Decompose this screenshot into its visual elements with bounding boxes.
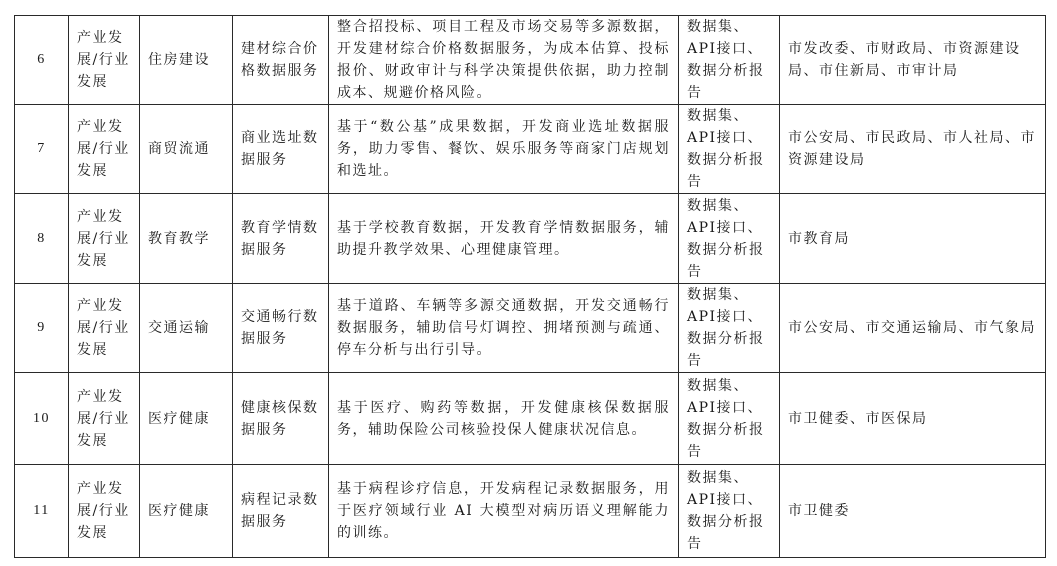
description-cell: 整合招投标、项目工程及市场交易等多源数据，开发建材综合价格数据服务，为成本估算、… <box>329 16 679 105</box>
category-cell: 产业发展/行业发展 <box>69 194 140 284</box>
product-name-cell: 商业选址数据服务 <box>233 105 329 194</box>
departments-cell: 市公安局、市交通运输局、市气象局 <box>780 284 1046 373</box>
category-cell: 产业发展/行业发展 <box>69 105 140 194</box>
departments-cell: 市教育局 <box>780 194 1046 284</box>
product-form-cell: 数据集、API接口、数据分析报告 <box>679 16 780 105</box>
table-row: 7 产业发展/行业发展 商贸流通 商业选址数据服务 基于“数公基”成果数据，开发… <box>15 105 1046 194</box>
departments-cell: 市发改委、市财政局、市资源建设局、市住新局、市审计局 <box>780 16 1046 105</box>
product-name-cell: 教育学情数据服务 <box>233 194 329 284</box>
departments-cell: 市公安局、市民政局、市人社局、市资源建设局 <box>780 105 1046 194</box>
category-cell: 产业发展/行业发展 <box>69 373 140 465</box>
field-cell: 医疗健康 <box>140 465 233 558</box>
row-number: 9 <box>15 284 69 373</box>
product-name-cell: 交通畅行数据服务 <box>233 284 329 373</box>
table-row: 9 产业发展/行业发展 交通运输 交通畅行数据服务 基于道路、车辆等多源交通数据… <box>15 284 1046 373</box>
description-cell: 基于病程诊疗信息，开发病程记录数据服务，用于医疗领域行业 AI 大模型对病历语义… <box>329 465 679 558</box>
row-number: 7 <box>15 105 69 194</box>
row-number: 8 <box>15 194 69 284</box>
product-name-cell: 健康核保数据服务 <box>233 373 329 465</box>
table-row: 6 产业发展/行业发展 住房建设 建材综合价格数据服务 整合招投标、项目工程及市… <box>15 16 1046 105</box>
product-form-cell: 数据集、API接口、数据分析报告 <box>679 373 780 465</box>
departments-cell: 市卫健委 <box>780 465 1046 558</box>
field-cell: 医疗健康 <box>140 373 233 465</box>
category-cell: 产业发展/行业发展 <box>69 465 140 558</box>
data-products-table: 6 产业发展/行业发展 住房建设 建材综合价格数据服务 整合招投标、项目工程及市… <box>14 15 1046 558</box>
product-form-cell: 数据集、API接口、数据分析报告 <box>679 194 780 284</box>
departments-cell: 市卫健委、市医保局 <box>780 373 1046 465</box>
description-cell: 基于学校教育数据，开发教育学情数据服务，辅助提升教学效果、心理健康管理。 <box>329 194 679 284</box>
category-cell: 产业发展/行业发展 <box>69 16 140 105</box>
field-cell: 交通运输 <box>140 284 233 373</box>
category-cell: 产业发展/行业发展 <box>69 284 140 373</box>
row-number: 6 <box>15 16 69 105</box>
product-form-cell: 数据集、API接口、数据分析报告 <box>679 105 780 194</box>
description-cell: 基于道路、车辆等多源交通数据，开发交通畅行数据服务，辅助信号灯调控、拥堵预测与疏… <box>329 284 679 373</box>
table-row: 8 产业发展/行业发展 教育教学 教育学情数据服务 基于学校教育数据，开发教育学… <box>15 194 1046 284</box>
table-row: 10 产业发展/行业发展 医疗健康 健康核保数据服务 基于医疗、购药等数据，开发… <box>15 373 1046 465</box>
field-cell: 商贸流通 <box>140 105 233 194</box>
product-form-cell: 数据集、API接口、数据分析报告 <box>679 465 780 558</box>
table-row: 11 产业发展/行业发展 医疗健康 病程记录数据服务 基于病程诊疗信息，开发病程… <box>15 465 1046 558</box>
description-cell: 基于医疗、购药等数据，开发健康核保数据服务，辅助保险公司核验投保人健康状况信息。 <box>329 373 679 465</box>
field-cell: 教育教学 <box>140 194 233 284</box>
product-form-cell: 数据集、API接口、数据分析报告 <box>679 284 780 373</box>
row-number: 11 <box>15 465 69 558</box>
product-name-cell: 病程记录数据服务 <box>233 465 329 558</box>
field-cell: 住房建设 <box>140 16 233 105</box>
product-name-cell: 建材综合价格数据服务 <box>233 16 329 105</box>
description-cell: 基于“数公基”成果数据，开发商业选址数据服务，助力零售、餐饮、娱乐服务等商家门店… <box>329 105 679 194</box>
row-number: 10 <box>15 373 69 465</box>
